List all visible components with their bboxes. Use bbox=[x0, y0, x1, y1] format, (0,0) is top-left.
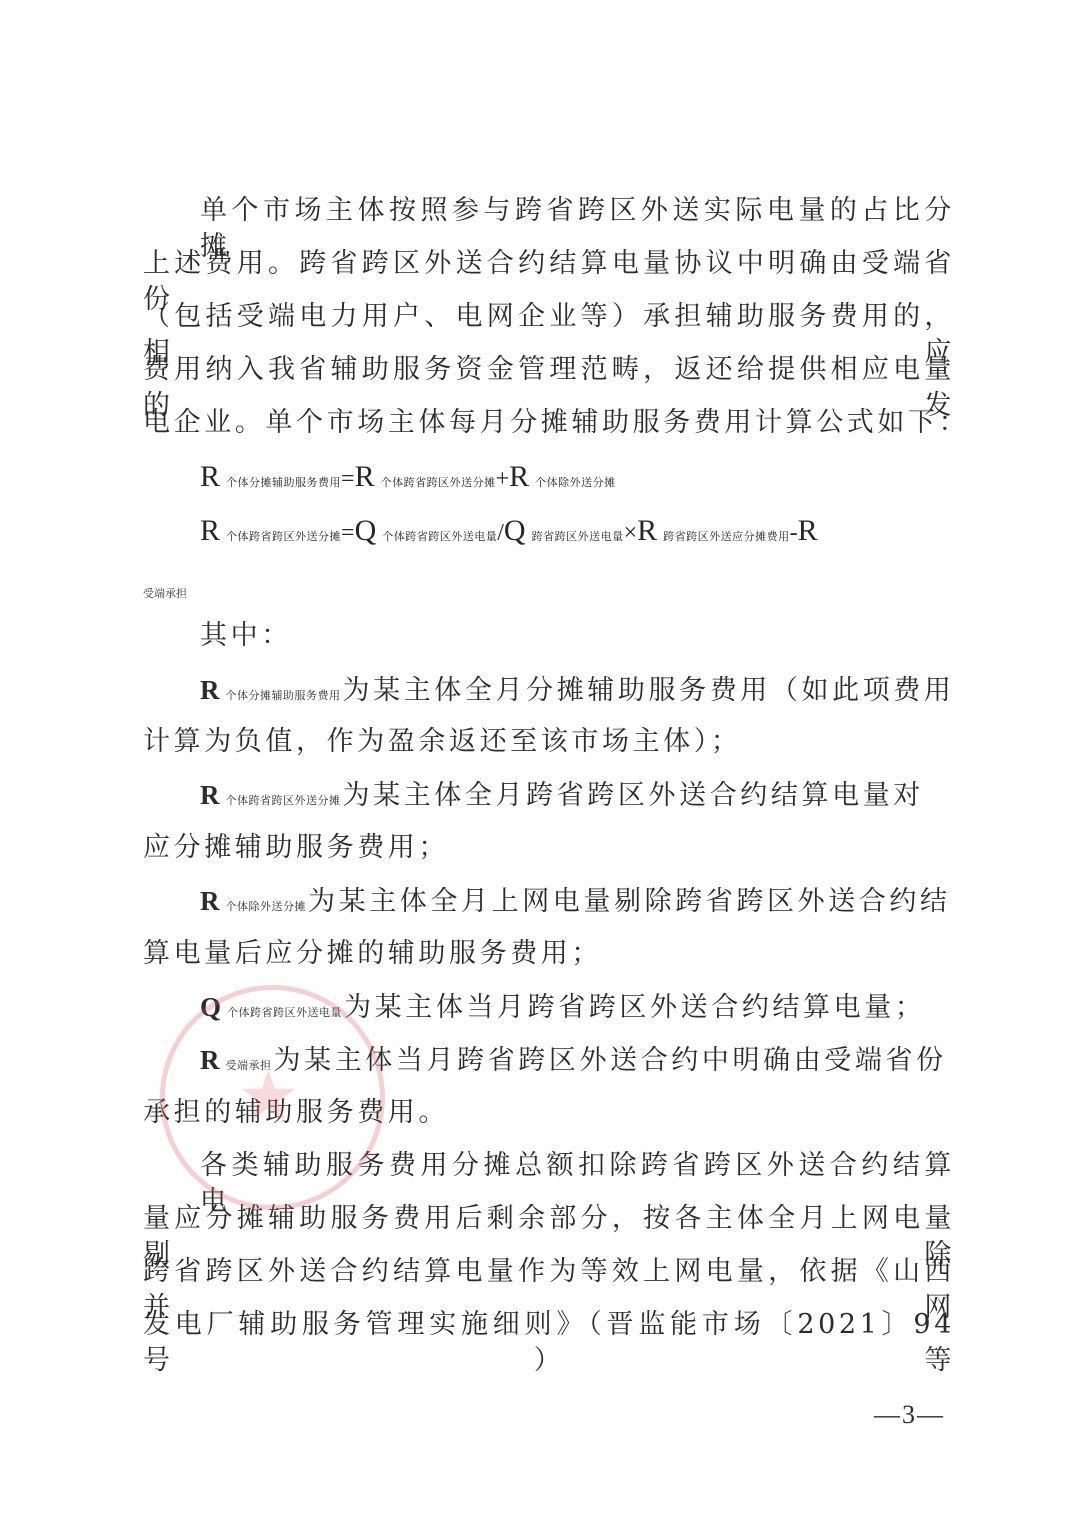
formula-2-term4-subscript: 受端承担 bbox=[143, 585, 187, 601]
definition-5-symbol: R bbox=[200, 1045, 220, 1075]
formula-2-term3-symbol: R bbox=[637, 514, 657, 547]
document-page: 单个市场主体按照参与跨省跨区外送实际电量的占比分摊 上述费用。跨省跨区外送合约结… bbox=[0, 0, 1072, 1525]
definition-5: R受端承担为某主体当月跨省跨区外送合约中明确由受端省份 bbox=[200, 1042, 955, 1084]
formula-2-lhs-symbol: R bbox=[200, 514, 220, 547]
formula-1-equals: = bbox=[341, 466, 355, 492]
formula-1-lhs-subscript: 个体分摊辅助服务费用 bbox=[226, 476, 341, 489]
formula-2-term2-subscript: 跨省跨区外送电量 bbox=[532, 530, 624, 543]
definition-4-symbol: Q bbox=[200, 992, 221, 1022]
formula-2-divide: / bbox=[497, 520, 504, 546]
definition-3: R个体除外送分摊为某主体全月上网电量剔除跨省跨区外送合约结 bbox=[200, 883, 955, 925]
definition-3-subscript: 个体除外送分摊 bbox=[226, 900, 307, 913]
where-label: 其中： bbox=[200, 618, 955, 654]
formula-1-term1-subscript: 个体跨省跨区外送分摊 bbox=[381, 476, 496, 489]
formula-1-term1-symbol: R bbox=[355, 460, 375, 493]
formula-2-equals: = bbox=[341, 520, 355, 546]
formula-2-times: × bbox=[624, 520, 638, 546]
formula-2-term2-symbol: Q bbox=[504, 514, 526, 547]
formula-2: R个体跨省跨区外送分摊=Q个体跨省跨区外送电量/Q跨省跨区外送电量×R跨省跨区外… bbox=[200, 514, 818, 548]
definition-4-subscript: 个体跨省跨区外送电量 bbox=[227, 1006, 342, 1019]
definition-2: R个体跨省跨区外送分摊为某主体全月跨省跨区外送合约结算电量对 bbox=[200, 777, 955, 819]
definition-2-symbol: R bbox=[200, 780, 220, 810]
paragraph-1-line-5: 电企业。单个市场主体每月分摊辅助服务费用计算公式如下： bbox=[143, 405, 955, 441]
definition-4-text: 为某主体当月跨省跨区外送合约结算电量； bbox=[344, 992, 925, 1023]
formula-2-term4-symbol: R bbox=[798, 514, 818, 547]
formula-2-term3-subscript: 跨省跨区外送应分摊费用 bbox=[663, 530, 790, 543]
formula-2-term1-subscript: 个体跨省跨区外送电量 bbox=[382, 530, 497, 543]
definition-2-subscript: 个体跨省跨区外送分摊 bbox=[226, 794, 341, 807]
definition-5-text: 为某主体当月跨省跨区外送合约中明确由受端省份 bbox=[274, 1045, 947, 1076]
definition-1-continuation: 计算为负值，作为盈余返还至该市场主体）； bbox=[143, 724, 955, 760]
paragraph-2-line-4: 发电厂辅助服务管理实施细则》（晋监能市场〔2021〕94号）等 bbox=[143, 1307, 955, 1379]
definition-5-continuation: 承担的辅助服务费用。 bbox=[143, 1095, 955, 1131]
formula-1-plus: + bbox=[496, 466, 510, 492]
formula-2-lhs-subscript: 个体跨省跨区外送分摊 bbox=[226, 530, 341, 543]
definition-5-subscript: 受端承担 bbox=[226, 1059, 272, 1072]
formula-1-term2-subscript: 个体除外送分摊 bbox=[535, 476, 616, 489]
formula-1: R个体分摊辅助服务费用=R个体跨省跨区外送分摊+R个体除外送分摊 bbox=[200, 460, 616, 494]
definition-1-symbol: R bbox=[200, 675, 220, 705]
formula-2-minus: - bbox=[790, 520, 798, 546]
definition-2-text: 为某主体全月跨省跨区外送合约结算电量对 bbox=[343, 780, 924, 811]
definition-4: Q个体跨省跨区外送电量为某主体当月跨省跨区外送合约结算电量； bbox=[200, 989, 955, 1031]
page-number: —3— bbox=[874, 1400, 945, 1430]
definition-3-text: 为某主体全月上网电量剔除跨省跨区外送合约结 bbox=[308, 886, 951, 917]
definition-1-text: 为某主体全月分摊辅助服务费用（如此项费用 bbox=[343, 675, 955, 706]
formula-1-term2-symbol: R bbox=[509, 460, 529, 493]
definition-1-subscript: 个体分摊辅助服务费用 bbox=[226, 689, 341, 702]
definition-1: R个体分摊辅助服务费用为某主体全月分摊辅助服务费用（如此项费用 bbox=[200, 672, 955, 714]
definition-3-continuation: 算电量后应分摊的辅助服务费用； bbox=[143, 936, 955, 972]
formula-1-lhs-symbol: R bbox=[200, 460, 220, 493]
definition-2-continuation: 应分摊辅助服务费用； bbox=[143, 830, 955, 866]
definition-3-symbol: R bbox=[200, 886, 220, 916]
formula-2-term1-symbol: Q bbox=[355, 514, 377, 547]
